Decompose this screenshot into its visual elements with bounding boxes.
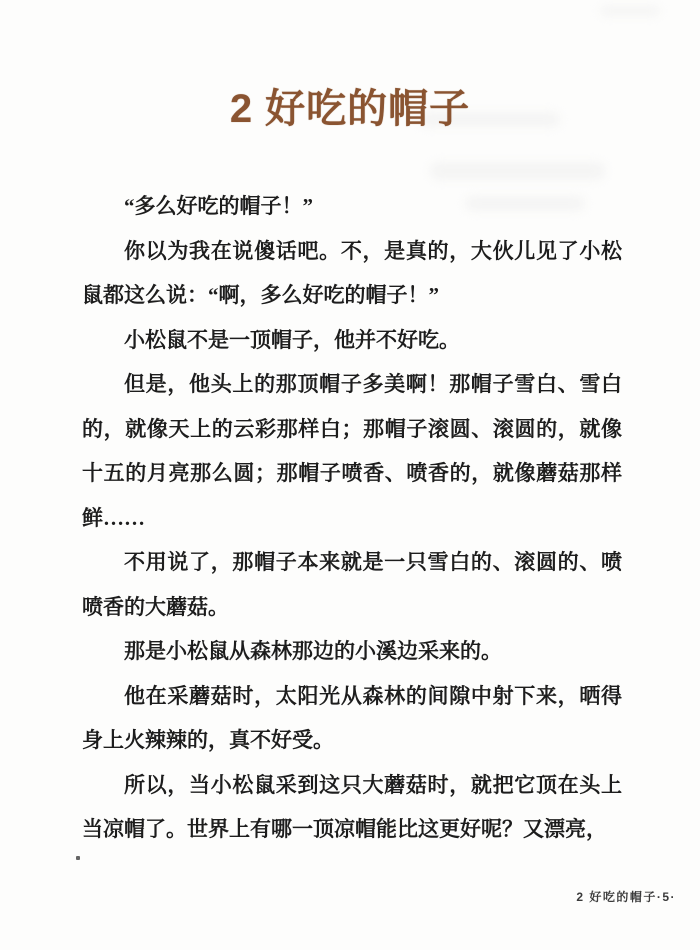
story-paragraph: “多么好吃的帽子！” (82, 184, 622, 229)
story-paragraph: 但是，他头上的那顶帽子多美啊！那帽子雪白、雪白的，就像天上的云彩那样白；那帽子滚… (82, 362, 622, 540)
story-paragraph: 那是小松鼠从森林那边的小溪边采来的。 (82, 629, 622, 674)
story-paragraph: 他在采蘑菇时，太阳光从森林的间隙中射下来，晒得身上火辣辣的，真不好受。 (82, 674, 622, 763)
story-paragraph: 不用说了，那帽子本来就是一只雪白的、滚圆的、喷喷香的大蘑菇。 (82, 540, 622, 629)
running-footer-page-number: 2 好吃的帽子·5· (576, 888, 676, 905)
chapter-title: 2 好吃的帽子 (0, 77, 700, 134)
story-text: “多么好吃的帽子！” 你以为我在说傻话吧。不，是真的，大伙儿见了小松鼠都这么说：… (82, 184, 622, 852)
scan-artifact-dot (76, 856, 80, 860)
bleed-through-smudge (600, 6, 660, 16)
book-page-scan: 2 好吃的帽子 “多么好吃的帽子！” 你以为我在说傻话吧。不，是真的，大伙儿见了… (0, 0, 700, 950)
story-paragraph: 你以为我在说傻话吧。不，是真的，大伙儿见了小松鼠都这么说：“啊，多么好吃的帽子！… (82, 229, 622, 318)
story-paragraph: 所以，当小松鼠采到这只大蘑菇时，就把它顶在头上当凉帽了。世界上有哪一顶凉帽能比这… (82, 763, 622, 852)
bleed-through-smudge (430, 162, 605, 180)
story-paragraph: 小松鼠不是一顶帽子，他并不好吃。 (82, 318, 622, 363)
